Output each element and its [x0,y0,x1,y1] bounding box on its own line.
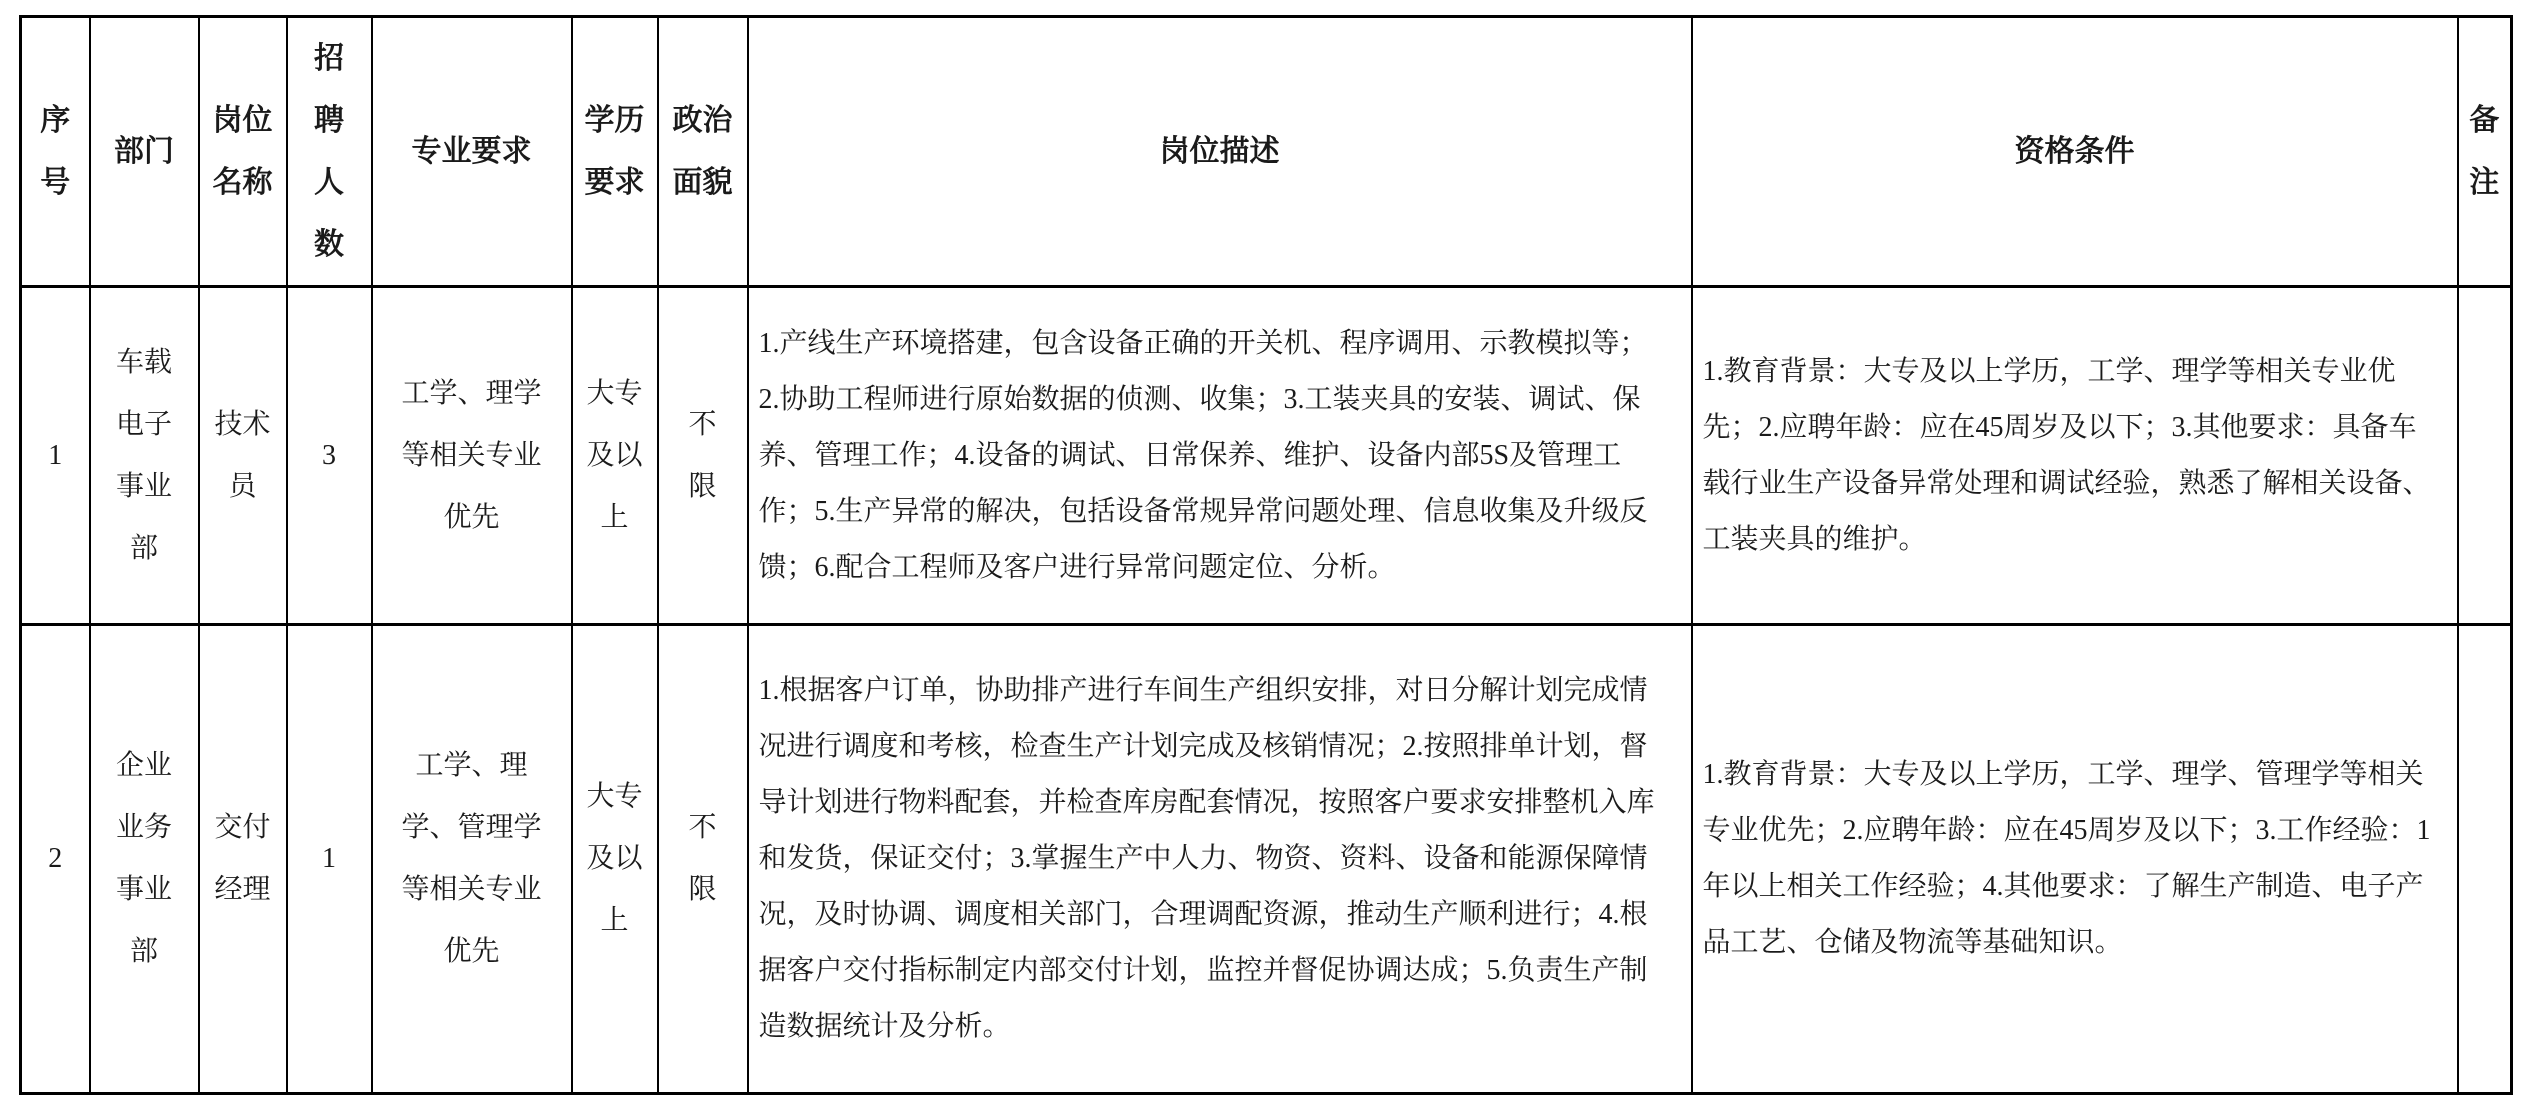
row2-qualifications-cell: 1.教育背景：大专及以上学历，工学、理学、管理学等相关 专业优先；2.应聘年龄：… [1692,625,2458,1094]
header-department: 部门 [90,17,199,287]
header-serial-number: 序 号 [21,17,90,287]
header-headcount: 招 聘 人 数 [287,17,372,287]
header-position-name: 岗位 名称 [199,17,287,287]
row2-department-cell: 企业 业务 事业 部 [90,625,199,1094]
header-education-requirement: 学历 要求 [572,17,658,287]
row2-remarks-cell [2458,625,2512,1094]
row1-education-cell: 大专 及以 上 [572,287,658,625]
row2-headcount-cell: 1 [287,625,372,1094]
row2-political-cell: 不 限 [658,625,748,1094]
header-qualifications: 资格条件 [1692,17,2458,287]
table-header-row: 序 号 部门 岗位 名称 招 聘 人 数 专业要求 学历 要求 政治 面貌 岗位… [21,17,2512,287]
row1-major-cell: 工学、理学 等相关专业 优先 [372,287,572,625]
row1-qualifications-cell: 1.教育背景：大专及以上学历，工学、理学等相关专业优 先；2.应聘年龄：应在45… [1692,287,2458,625]
row2-description-cell: 1.根据客户订单，协助排产进行车间生产组织安排，对日分解计划完成情 况进行调度和… [748,625,1692,1094]
table-row: 2 企业 业务 事业 部 交付 经理 1 工学、理 学、管理学 等相关专业 优先… [21,625,2512,1094]
header-job-description: 岗位描述 [748,17,1692,287]
header-major-requirement: 专业要求 [372,17,572,287]
table-row: 1 车载 电子 事业 部 技术 员 3 工学、理学 等相关专业 优先 大专 及以… [21,287,2512,625]
row2-position-cell: 交付 经理 [199,625,287,1094]
row2-education-cell: 大专 及以 上 [572,625,658,1094]
row1-serial-cell: 1 [21,287,90,625]
recruitment-sheet: 序 号 部门 岗位 名称 招 聘 人 数 专业要求 学历 要求 政治 面貌 岗位… [0,0,2522,1103]
row1-description-cell: 1.产线生产环境搭建，包含设备正确的开关机、程序调用、示教模拟等； 2.协助工程… [748,287,1692,625]
job-table: 序 号 部门 岗位 名称 招 聘 人 数 专业要求 学历 要求 政治 面貌 岗位… [19,15,2513,1095]
row2-major-cell: 工学、理 学、管理学 等相关专业 优先 [372,625,572,1094]
row1-position-cell: 技术 员 [199,287,287,625]
row2-serial-cell: 2 [21,625,90,1094]
row1-remarks-cell [2458,287,2512,625]
row1-headcount-cell: 3 [287,287,372,625]
row1-political-cell: 不 限 [658,287,748,625]
row1-department-cell: 车载 电子 事业 部 [90,287,199,625]
header-remarks: 备 注 [2458,17,2512,287]
header-political-status: 政治 面貌 [658,17,748,287]
